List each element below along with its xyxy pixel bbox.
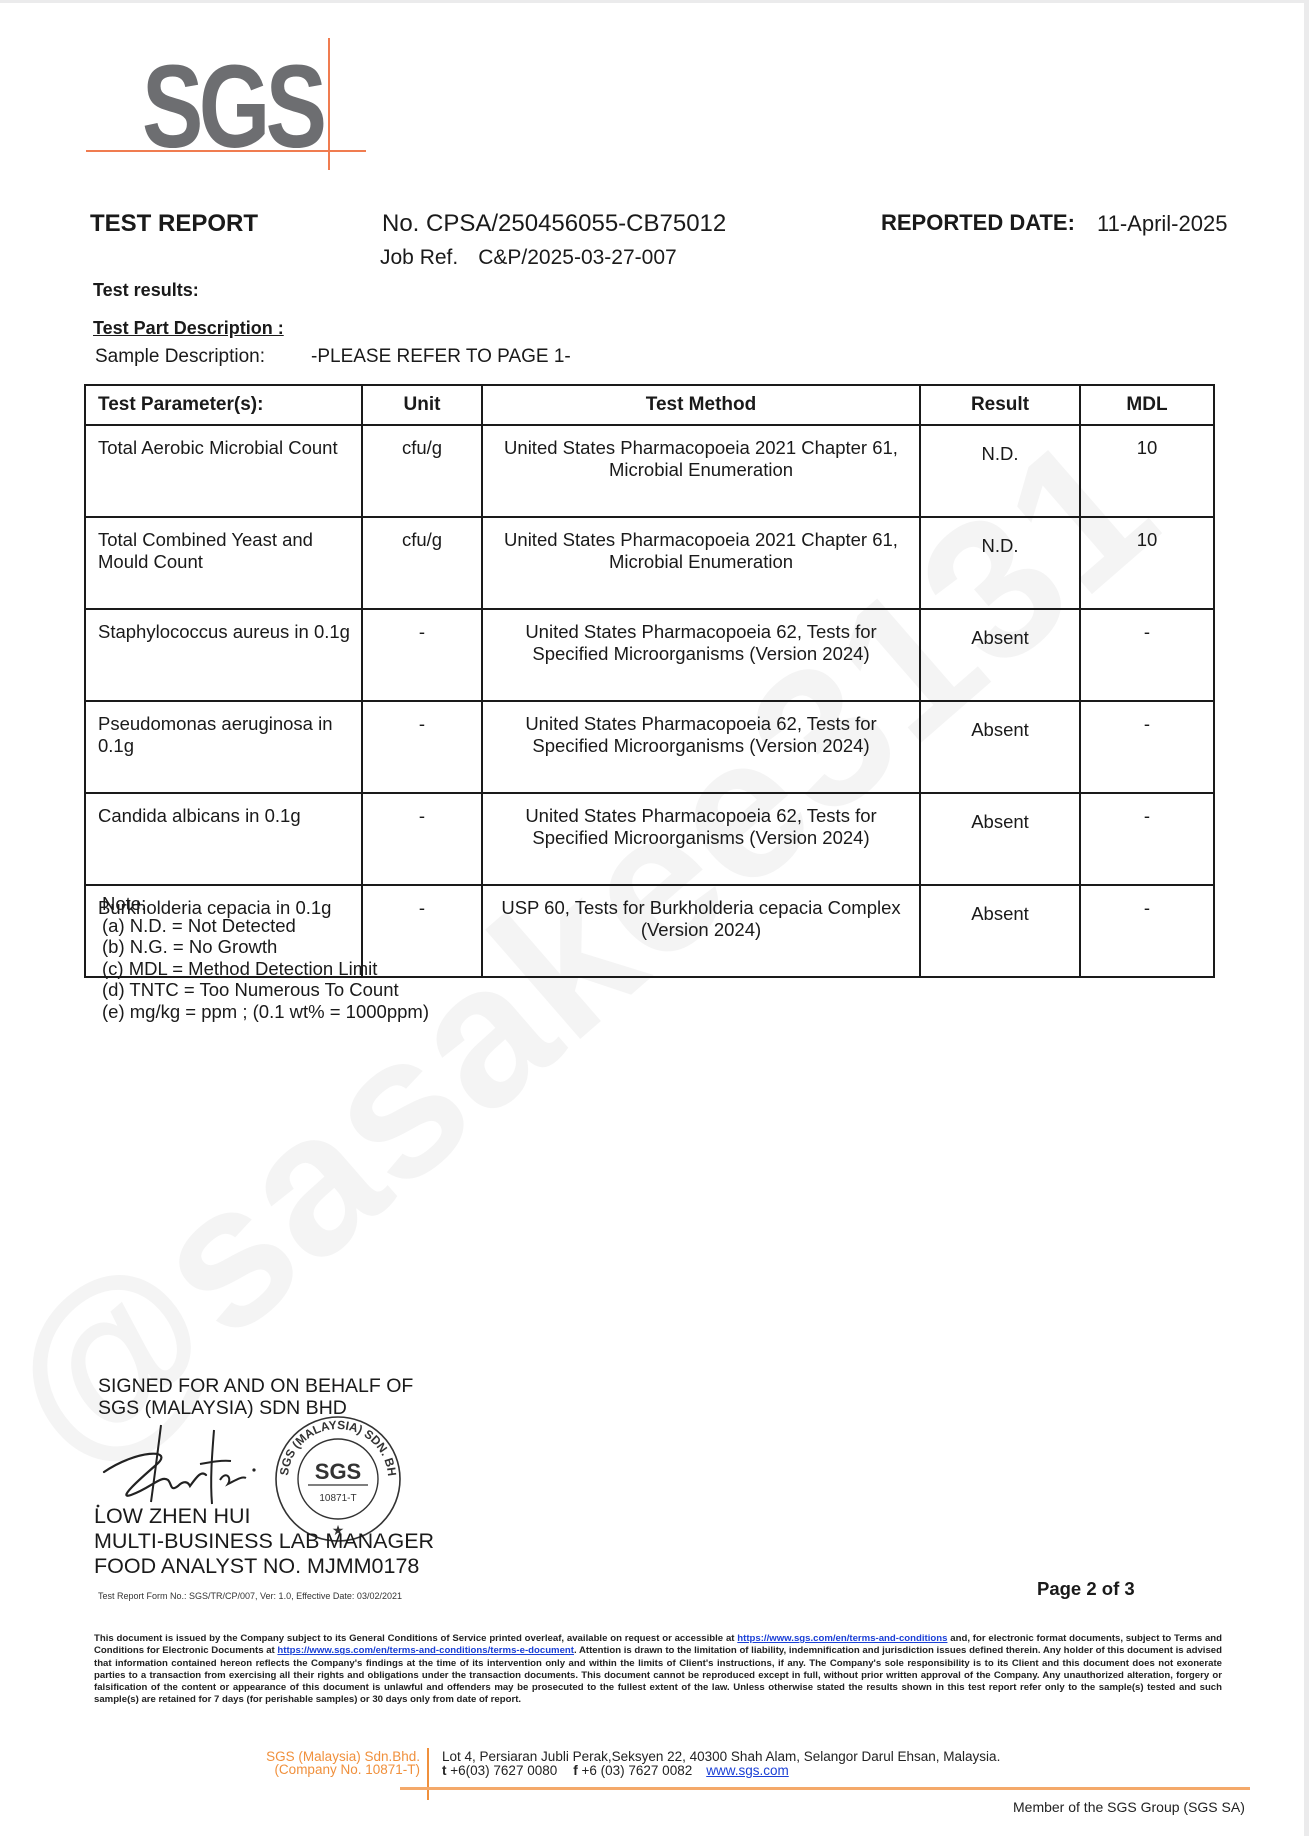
signatory-position: MULTI-BUSINESS LAB MANAGER <box>94 1529 434 1554</box>
fax-number: +6 (03) 7627 0082 <box>582 1763 693 1778</box>
footer-address-line: Lot 4, Persiaran Jubli Perak,Seksyen 22,… <box>442 1750 1000 1764</box>
job-ref-label: Job Ref. <box>380 246 458 269</box>
cell-unit: - <box>362 793 482 885</box>
cell-method: United States Pharmacopoeia 62, Tests fo… <box>482 701 920 793</box>
cell-parameter: Candida albicans in 0.1g <box>85 793 362 885</box>
cell-result: Absent <box>920 793 1080 885</box>
report-number: No. CPSA/250456055-CB75012 <box>382 210 726 238</box>
table-header-row: Test Parameter(s): Unit Test Method Resu… <box>85 385 1214 425</box>
notes-heading: Note: <box>102 893 429 915</box>
footer-address: Lot 4, Persiaran Jubli Perak,Seksyen 22,… <box>442 1750 1000 1778</box>
footer-company-number: (Company No. 10871-T) <box>200 1763 420 1776</box>
signatory-details: LOW ZHEN HUI MULTI-BUSINESS LAB MANAGER … <box>94 1504 434 1579</box>
svg-text:10871-T: 10871-T <box>319 1493 356 1504</box>
note-item: (e) mg/kg = ppm ; (0.1 wt% = 1000ppm) <box>102 1001 429 1023</box>
cell-mdl: - <box>1080 609 1214 701</box>
svg-text:SGS: SGS <box>315 1459 361 1484</box>
cell-mdl: - <box>1080 701 1214 793</box>
cell-parameter: Staphylococcus aureus in 0.1g <box>85 609 362 701</box>
tel-number: +6(03) 7627 0080 <box>450 1763 557 1778</box>
terms-and-conditions-link[interactable]: https://www.sgs.com/en/terms-and-conditi… <box>737 1633 947 1644</box>
table-row: Candida albicans in 0.1g - United States… <box>85 793 1214 885</box>
terms-e-document-link[interactable]: https://www.sgs.com/en/terms-and-conditi… <box>277 1645 574 1656</box>
page-frame-top <box>0 0 1309 3</box>
website-link[interactable]: www.sgs.com <box>706 1763 789 1778</box>
cell-result: N.D. <box>920 425 1080 517</box>
cell-parameter: Pseudomonas aeruginosa in 0.1g <box>85 701 362 793</box>
logo-vertical-rule <box>328 38 330 170</box>
column-header-unit: Unit <box>362 385 482 425</box>
cell-mdl: - <box>1080 793 1214 885</box>
cell-unit: - <box>362 609 482 701</box>
results-table: Test Parameter(s): Unit Test Method Resu… <box>84 384 1215 978</box>
handwritten-signature-icon <box>96 1420 276 1510</box>
column-header-method: Test Method <box>482 385 920 425</box>
form-number: Test Report Form No.: SGS/TR/CP/007, Ver… <box>98 1591 402 1601</box>
signatory-name: LOW ZHEN HUI <box>94 1504 434 1529</box>
table-row: Total Combined Yeast and Mould Count cfu… <box>85 517 1214 609</box>
cell-result: Absent <box>920 609 1080 701</box>
cell-mdl: 10 <box>1080 425 1214 517</box>
member-statement: Member of the SGS Group (SGS SA) <box>1013 1799 1245 1815</box>
footer-company: SGS (Malaysia) Sdn.Bhd. (Company No. 108… <box>200 1750 420 1776</box>
page-frame-right <box>1304 0 1309 1836</box>
signed-line-1: SIGNED FOR AND ON BEHALF OF <box>98 1375 413 1397</box>
cell-method: USP 60, Tests for Burkholderia cepacia C… <box>482 885 920 977</box>
cell-parameter: Total Combined Yeast and Mould Count <box>85 517 362 609</box>
note-item: (b) N.G. = No Growth <box>102 936 429 958</box>
cell-unit: cfu/g <box>362 517 482 609</box>
footer-vertical-rule <box>427 1748 429 1800</box>
sample-description-value: -PLEASE REFER TO PAGE 1- <box>311 346 571 368</box>
tel-label: t <box>442 1763 447 1778</box>
footer-contact: t +6(03) 7627 0080f +6 (03) 7627 0082www… <box>442 1764 1000 1778</box>
test-results-heading: Test results: <box>93 280 199 301</box>
cell-result: Absent <box>920 701 1080 793</box>
disclaimer-text: This document is issued by the Company s… <box>94 1633 737 1644</box>
note-item: (d) TNTC = Too Numerous To Count <box>102 979 429 1001</box>
report-title: TEST REPORT <box>90 210 258 238</box>
table-row: Total Aerobic Microbial Count cfu/g Unit… <box>85 425 1214 517</box>
column-header-mdl: MDL <box>1080 385 1214 425</box>
cell-unit: - <box>362 701 482 793</box>
cell-unit: cfu/g <box>362 425 482 517</box>
reported-date-label: REPORTED DATE: <box>881 210 1075 236</box>
page-number: Page 2 of 3 <box>1037 1578 1135 1600</box>
sample-description-label: Sample Description: <box>95 346 265 368</box>
cell-mdl: - <box>1080 885 1214 977</box>
cell-result: N.D. <box>920 517 1080 609</box>
cell-method: United States Pharmacopoeia 2021 Chapter… <box>482 517 920 609</box>
job-reference: Job Ref.C&P/2025-03-27-007 <box>380 246 697 270</box>
fax-label: f <box>573 1763 578 1778</box>
cell-parameter: Total Aerobic Microbial Count <box>85 425 362 517</box>
job-ref-value: C&P/2025-03-27-007 <box>478 246 676 269</box>
cell-mdl: 10 <box>1080 517 1214 609</box>
sgs-logo: SGS <box>86 38 376 173</box>
reported-date: 11-April-2025 <box>1097 211 1227 237</box>
legal-disclaimer: This document is issued by the Company s… <box>94 1633 1222 1707</box>
cell-method: United States Pharmacopoeia 2021 Chapter… <box>482 425 920 517</box>
logo-text: SGS <box>142 48 322 166</box>
footer-horizontal-rule <box>400 1787 1250 1790</box>
table-row: Pseudomonas aeruginosa in 0.1g - United … <box>85 701 1214 793</box>
logo-horizontal-rule <box>86 150 366 152</box>
notes: Note: (a) N.D. = Not Detected (b) N.G. =… <box>102 893 429 1022</box>
note-item: (a) N.D. = Not Detected <box>102 915 429 937</box>
note-item: (c) MDL = Method Detection Limit <box>102 958 429 980</box>
test-part-description-heading: Test Part Description : <box>93 318 284 339</box>
cell-method: United States Pharmacopoeia 62, Tests fo… <box>482 793 920 885</box>
signatory-analyst-no: FOOD ANALYST NO. MJMM0178 <box>94 1554 434 1579</box>
cell-method: United States Pharmacopoeia 62, Tests fo… <box>482 609 920 701</box>
table-row: Staphylococcus aureus in 0.1g - United S… <box>85 609 1214 701</box>
column-header-result: Result <box>920 385 1080 425</box>
cell-result: Absent <box>920 885 1080 977</box>
column-header-parameter: Test Parameter(s): <box>85 385 362 425</box>
